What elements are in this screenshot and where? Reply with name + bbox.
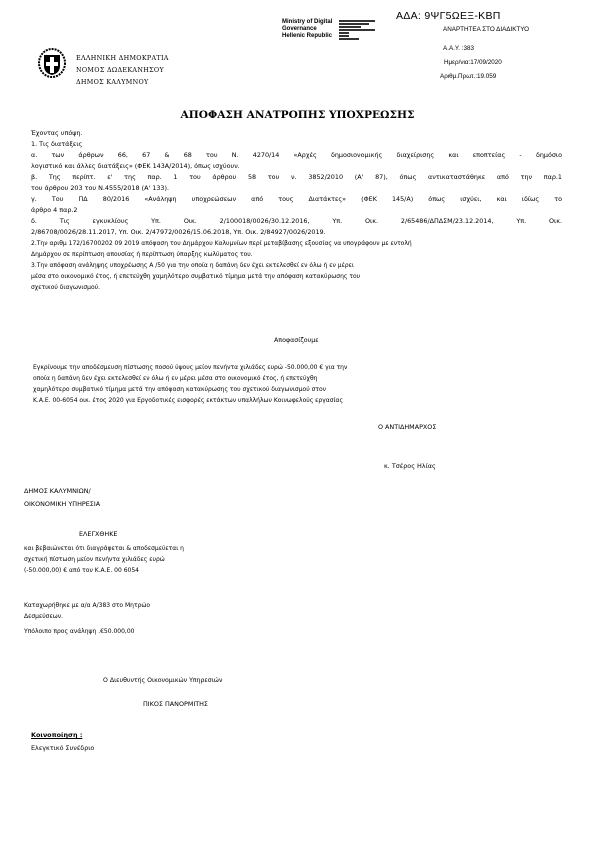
decision-heading: Αποφασίζουμε <box>274 337 319 344</box>
ada-code: ΑΔΑ: 9ΨΓ5ΩΕΞ-ΚΒΠ <box>396 10 501 22</box>
item-c-line: άρθρο 4 παρ.2 <box>31 205 562 216</box>
decision-line: Εγκρίνουμε την αποδέσμευση πίστωσης ποσο… <box>33 362 564 373</box>
page-title: ΑΠΟΦΑΣΗ ΑΝΑΤΡΟΠΗΣ ΥΠΟΧΡΕΩΣΗΣ <box>0 109 595 121</box>
registry-line: Δεσμεύσεων. <box>24 611 150 622</box>
service-block: ΔΗΜΟΣ ΚΑΛΥΜΝΙΩΝ/ ΟΙΚΟΝΟΜΙΚΗ ΥΠΗΡΕΣΙΑ <box>24 485 100 511</box>
service-line: ΔΗΜΟΣ ΚΑΛΥΜΝΙΩΝ/ <box>24 485 100 498</box>
item-b-line: του άρθρου 203 του Ν.4555/2018 (Α' 133). <box>31 183 562 194</box>
signatory-name: κ. Τσέρος Ηλίας <box>384 462 436 470</box>
registry-line: Καταχωρήθηκε με α/α Α/383 στο Μητρώο <box>24 600 150 611</box>
document-date: Ημερ/νια:17/09/2020 <box>444 59 502 66</box>
item-2-line: Δημάρχου σε περίπτωση απουσίας ή περίπτω… <box>31 249 562 260</box>
cc-label: Κοινοποίηση : <box>31 731 82 739</box>
checked-line: (-50.000,00) € από τον Κ.Α.Ε. 00 6054 <box>24 565 184 576</box>
decision-line: οποία η δαπάνη δεν έχει εκτελεσθεί εν όλ… <box>33 373 564 384</box>
checked-heading: ΕΛΕΓΧΘΗΚΕ <box>79 530 117 538</box>
director-role: Ο Διευθυντής Οικονομικών Υπηρεσιών <box>103 677 222 684</box>
registry-block: Καταχωρήθηκε με α/α Α/383 στο Μητρώο Δεσ… <box>24 600 150 637</box>
item-2-line: 2.Την αριθμ 172/16700202 09 2019 απόφαση… <box>31 238 562 249</box>
item-3-line: 3.Την απόφαση ανάληψης υποχρέωσης Α /50 … <box>31 260 562 271</box>
issuer-line: ΕΛΛΗΝΙΚΗ ΔΗΜΟΚΡΑΤΙΑ <box>76 52 169 64</box>
issuer-line: ΔΗΜΟΣ ΚΑΛΥΜΝΟΥ <box>76 76 169 88</box>
item-3-line: μέσα στο οικονομικό έτος, ή επετεύχθη χα… <box>31 271 562 282</box>
signature-metadata-microtext <box>339 19 375 41</box>
posted-online-label: ΑΝΑΡΤΗΤΕΑ ΣΤΟ ΔΙΑΔΙΚΤΥΟ <box>443 26 529 33</box>
stamp-line: Ministry of Digital <box>282 19 332 26</box>
considering-section: Έχοντας υπόψη. 1. Τις διατάξεις α. των ά… <box>31 128 562 293</box>
protocol-number: Αριθμ.Πρωτ.:19.059 <box>440 73 496 80</box>
stamp-line: Governance <box>282 26 332 33</box>
aay-number: Α.Α.Υ. :383 <box>443 45 474 52</box>
item-d-line: 2/86708/0026/28.11.2017, Υπ. Οικ. 2/4797… <box>31 227 562 238</box>
item-c-line: γ. Του ΠΔ 80/2016 «Ανάληψη υποχρεώσεων α… <box>31 194 562 205</box>
item-d-line: δ. Τις εγκυκλίους Υπ. Οικ. 2/100018/0026… <box>31 216 562 227</box>
item-a-line: λογιστικό και άλλες διατάξεις» (ΦΕΚ 143Α… <box>31 161 562 172</box>
decision-body: Εγκρίνουμε την αποδέσμευση πίστωσης ποσο… <box>33 362 564 406</box>
service-line: ΟΙΚΟΝΟΜΙΚΗ ΥΠΗΡΕΣΙΑ <box>24 498 100 511</box>
stamp-line: Hellenic Republic <box>282 33 332 40</box>
checked-block: και βεβαιώνεται ότι διαγράφεται & αποδεσ… <box>24 543 184 576</box>
greek-coat-of-arms-icon <box>38 48 66 78</box>
digital-signature-stamp: Ministry of Digital Governance Hellenic … <box>282 19 332 40</box>
considering-intro: Έχοντας υπόψη. <box>31 128 562 139</box>
issuer-line: ΝΟΜΟΣ ΔΩΔΕΚΑΝΗΣΟΥ <box>76 64 169 76</box>
item-a-line: α. των άρθρων 66, 67 & 68 του Ν. 4270/14… <box>31 150 562 161</box>
remaining-balance: Υπόλοιπο προς ανάληψη .€50.000,00 <box>24 626 150 637</box>
decision-line: Κ.Α.Ε. 00-6054 οικ. έτος 2020 για Εργοδο… <box>33 395 564 406</box>
item-3-line: σχετικού διαγωνισμού. <box>31 282 562 293</box>
checked-line: σχετική πίστωση μείον πενήντα χιλιάδες ε… <box>24 554 184 565</box>
director-name: ΠΙΚΟΣ ΠΑΝΟΡΜΙΤΗΣ <box>143 700 208 708</box>
decision-line: χαμηλότερο συμβατικό τίμημα μετά την από… <box>33 384 564 395</box>
cc-recipient: Ελεγκτικό Συνέδριο <box>31 744 94 752</box>
signatory-role: Ο ΑΝΤΙΔΗΜΑΡΧΟΣ <box>378 423 436 431</box>
item-1-label: 1. Τις διατάξεις <box>31 139 562 150</box>
issuer-block: ΕΛΛΗΝΙΚΗ ΔΗΜΟΚΡΑΤΙΑ ΝΟΜΟΣ ΔΩΔΕΚΑΝΗΣΟΥ ΔΗ… <box>76 52 169 88</box>
checked-line: και βεβαιώνεται ότι διαγράφεται & αποδεσ… <box>24 543 184 554</box>
item-b-line: β. Της περίπτ. ε' της παρ. 1 του άρθρου … <box>31 172 562 183</box>
